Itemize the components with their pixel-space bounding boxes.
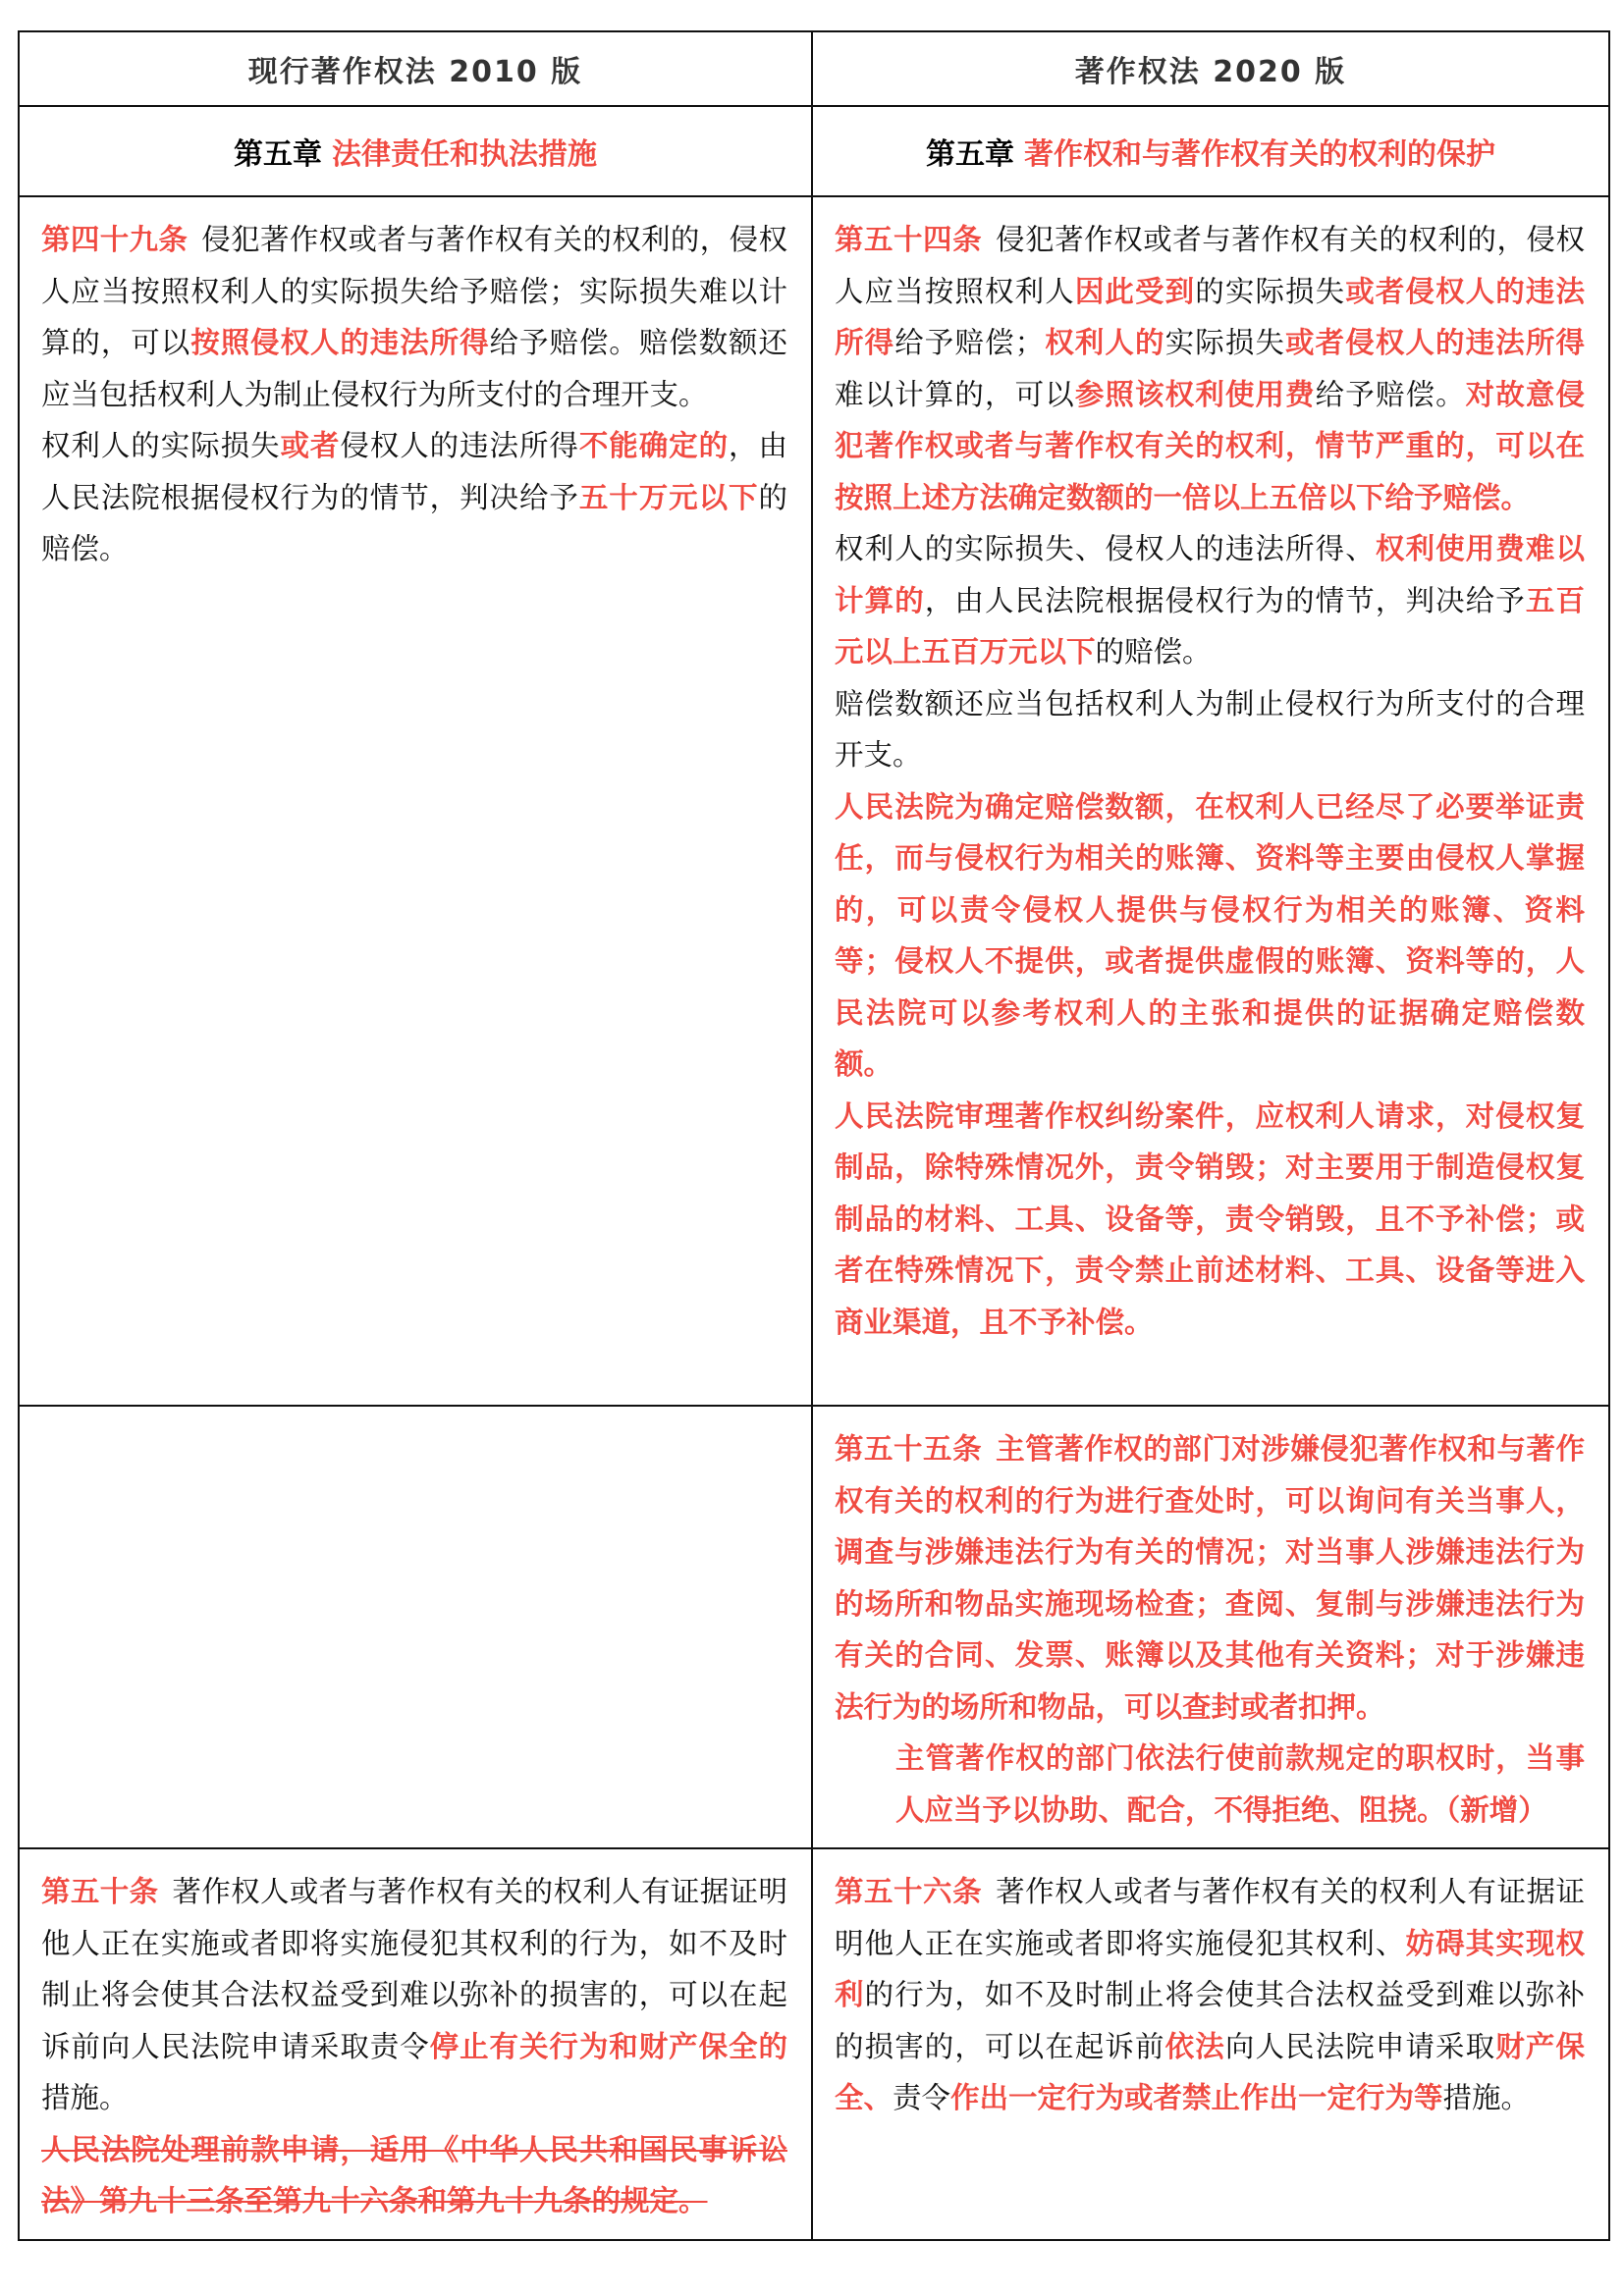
text: 的实际损失	[1195, 275, 1345, 308]
changed-text: 停止有关行为和财产保全的	[430, 2030, 787, 2063]
header-2010-title: 现行著作权法 2010 版	[248, 55, 582, 89]
changed-text: 依法	[1165, 2030, 1225, 2063]
article-55-para-1: 第五十五条主管著作权的部门对涉嫌侵犯著作权和与著作权有关的权利的行为进行查处时，…	[835, 1423, 1585, 1733]
article-54-para-2: 权利人的实际损失、侵权人的违法所得、权利使用费难以计算的，由人民法院根据侵权行为…	[835, 523, 1585, 678]
table-row: 第五十五条主管著作权的部门对涉嫌侵犯著作权和与著作权有关的权利的行为进行查处时，…	[19, 1406, 1609, 1848]
article-54-cell: 第五十四条侵犯著作权或者与著作权有关的权利的，侵权人应当按照权利人因此受到的实际…	[812, 196, 1609, 1406]
table-row: 第四十九条侵犯著作权或者与著作权有关的权利的，侵权人应当按照权利人的实际损失给予…	[19, 196, 1609, 1406]
law-comparison-table: 现行著作权法 2010 版 著作权法 2020 版 第五章法律责任和执法措施 第…	[18, 30, 1610, 2241]
text: ，由人民法院根据侵权行为的情节，判决给予	[925, 584, 1526, 617]
changed-text: 不能确定的	[579, 429, 729, 462]
new-text: 主管著作权的部门依法行使前款规定的职权时，当事人应当予以协助、配合，不得拒绝、阻…	[895, 1741, 1585, 1827]
header-2020: 著作权法 2020 版	[812, 31, 1609, 106]
changed-text: 权利人的	[1044, 326, 1165, 359]
changed-text: 作出一定行为或者禁止作出一定行为等	[950, 2081, 1443, 2114]
new-text: 人民法院审理著作权纠纷案件，应权利人请求，对侵权复制品，除特殊情况外，责令销毁；…	[835, 1099, 1585, 1339]
deleted-text: 人民法院处理前款申请，适用《中华人民共和国民事诉讼法》第九十三条至第九十六条和第…	[41, 2133, 787, 2218]
header-2020-title: 著作权法 2020 版	[1075, 55, 1346, 89]
new-text: 人民法院为确定赔偿数额，在权利人已经尽了必要举证责任，而与侵权行为相关的账簿、资…	[835, 790, 1585, 1082]
text: 给予赔偿；	[894, 326, 1044, 359]
table-row: 第五十条著作权人或者与著作权有关的权利人有证据证明他人正在实施或者即将实施侵犯其…	[19, 1848, 1609, 2240]
article-number: 第五十六条	[835, 1875, 982, 1908]
article-54-para-5: 人民法院审理著作权纠纷案件，应权利人请求，对侵权复制品，除特殊情况外，责令销毁；…	[835, 1091, 1585, 1349]
header-2010: 现行著作权法 2010 版	[19, 31, 812, 106]
changed-text: 参照该权利使用费	[1075, 378, 1316, 411]
text: 措施。	[1443, 2081, 1531, 2114]
article-49-para-1: 第四十九条侵犯著作权或者与著作权有关的权利的，侵权人应当按照权利人的实际损失给予…	[41, 214, 787, 420]
text: 措施。	[41, 2081, 129, 2114]
article-number: 第五十五条	[835, 1432, 982, 1466]
article-50-para-1: 第五十条著作权人或者与著作权有关的权利人有证据证明他人正在实施或者即将实施侵犯其…	[41, 1866, 787, 2124]
chapter-label: 第五章	[234, 137, 322, 172]
new-text: 主管著作权的部门对涉嫌侵犯著作权和与著作权有关的权利的行为进行查处时，可以询问有…	[835, 1432, 1585, 1724]
article-number: 第五十四条	[835, 223, 982, 256]
text: 难以计算的，可以	[835, 378, 1075, 411]
article-55-para-2: 主管著作权的部门依法行使前款规定的职权时，当事人应当予以协助、配合，不得拒绝、阻…	[835, 1733, 1585, 1836]
text: 的赔偿。	[1096, 635, 1212, 668]
text: 责令	[893, 2081, 950, 2114]
changed-text: 按照侵权人的违法所得	[190, 326, 489, 359]
article-50-para-2: 人民法院处理前款申请，适用《中华人民共和国民事诉讼法》第九十三条至第九十六条和第…	[41, 2124, 787, 2227]
version-header-row: 现行著作权法 2010 版 著作权法 2020 版	[19, 31, 1609, 106]
changed-text: 因此受到	[1075, 275, 1195, 308]
article-54-para-1: 第五十四条侵犯著作权或者与著作权有关的权利的，侵权人应当按照权利人因此受到的实际…	[835, 214, 1585, 523]
text: 权利人的实际损失	[41, 429, 280, 462]
empty-cell	[19, 1406, 812, 1848]
article-54-para-3: 赔偿数额还应当包括权利人为制止侵权行为所支付的合理开支。	[835, 678, 1585, 781]
article-56-cell: 第五十六条著作权人或者与著作权有关的权利人有证据证明他人正在实施或者即将实施侵犯…	[812, 1848, 1609, 2240]
changed-text: 五十万元以下	[579, 481, 759, 514]
chapter-title: 著作权和与著作权有关的权利的保护	[1024, 137, 1495, 172]
article-number: 第四十九条	[41, 223, 188, 256]
article-49-cell: 第四十九条侵犯著作权或者与著作权有关的权利的，侵权人应当按照权利人的实际损失给予…	[19, 196, 812, 1406]
article-54-para-4: 人民法院为确定赔偿数额，在权利人已经尽了必要举证责任，而与侵权行为相关的账簿、资…	[835, 781, 1585, 1091]
text: 权利人的实际损失、侵权人的违法所得、	[835, 532, 1376, 565]
article-50-cell: 第五十条著作权人或者与著作权有关的权利人有证据证明他人正在实施或者即将实施侵犯其…	[19, 1848, 812, 2240]
text: 给予赔偿。	[1316, 378, 1466, 411]
changed-text: 或者侵权人的违法所得	[1285, 326, 1585, 359]
chapter-row: 第五章法律责任和执法措施 第五章著作权和与著作权有关的权利的保护	[19, 106, 1609, 196]
text: 向人民法院申请采取	[1225, 2030, 1495, 2063]
changed-text: 或者	[280, 429, 340, 462]
article-55-cell: 第五十五条主管著作权的部门对涉嫌侵犯著作权和与著作权有关的权利的行为进行查处时，…	[812, 1406, 1609, 1848]
chapter-title: 法律责任和执法措施	[332, 137, 597, 172]
chapter-label: 第五章	[926, 137, 1014, 172]
text: 实际损失	[1165, 326, 1285, 359]
text: 侵权人的违法所得	[340, 429, 578, 462]
chapter-2020: 第五章著作权和与著作权有关的权利的保护	[812, 106, 1609, 196]
article-56-para-1: 第五十六条著作权人或者与著作权有关的权利人有证据证明他人正在实施或者即将实施侵犯…	[835, 1866, 1585, 2124]
chapter-2010: 第五章法律责任和执法措施	[19, 106, 812, 196]
text: 赔偿数额还应当包括权利人为制止侵权行为所支付的合理开支。	[835, 687, 1585, 773]
article-number: 第五十条	[41, 1875, 158, 1908]
article-49-para-2: 权利人的实际损失或者侵权人的违法所得不能确定的，由人民法院根据侵权行为的情节，判…	[41, 420, 787, 575]
